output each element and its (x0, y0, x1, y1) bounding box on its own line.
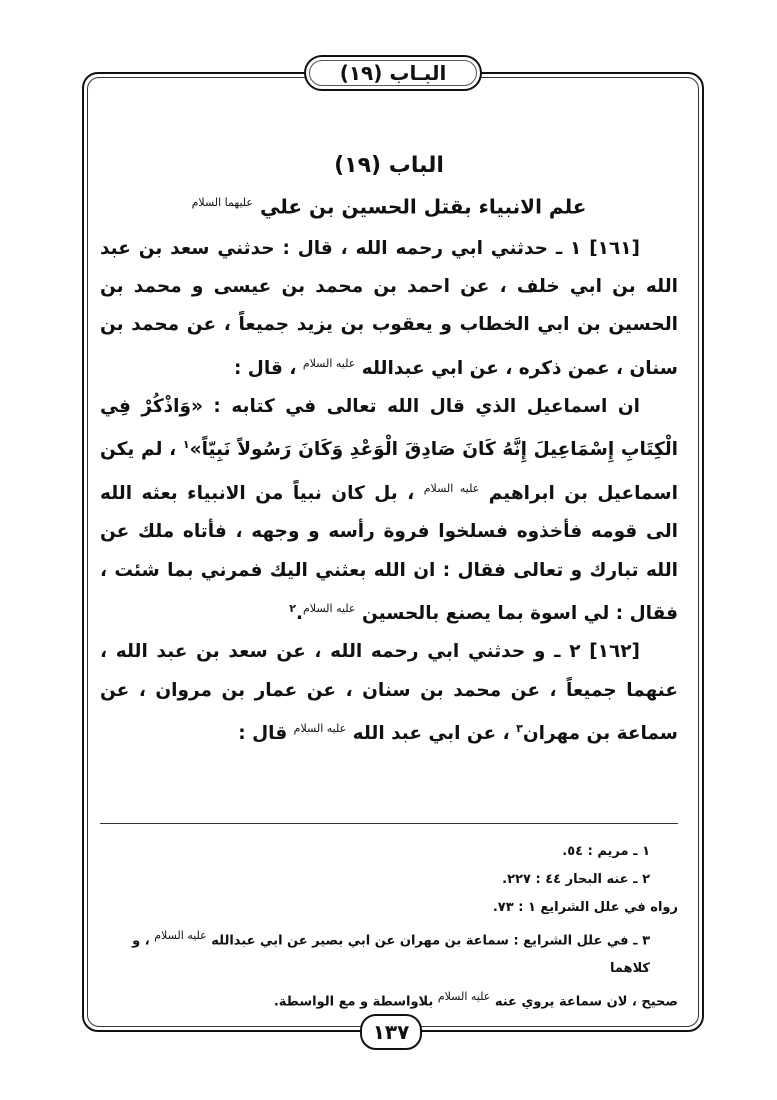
footnote-3-cont: صحيح ، لان سماعة يروي عنه عليه السلام بل… (100, 983, 678, 1016)
hadith-ref: [١٦١] ١ ـ (556, 238, 640, 259)
hadith-text: ان اسماعيل الذي قال الله تعالى في كتابه … (191, 396, 640, 417)
footnote-text: بلاواسطة و مع الواسطة. (274, 995, 433, 1010)
footnote-marker[interactable]: ١ (183, 438, 190, 451)
honorific-icon: عليه السلام (294, 722, 347, 735)
period: . (296, 603, 303, 624)
footnote-1: ١ ـ مريم : ٥٤. (100, 838, 678, 866)
honorific-icon: عليه السلام (154, 929, 207, 942)
hadith-text: قال : (238, 723, 287, 744)
footnotes: ١ ـ مريم : ٥٤. ٢ ـ عنه البحار ٤٤ : ٢٢٧. … (100, 838, 678, 1017)
running-header: البـاب (١٩) (304, 55, 482, 91)
footnote-2: ٢ ـ عنه البحار ٤٤ : ٢٢٧. (100, 866, 678, 894)
honorific-icon: عليهما السلام (192, 196, 253, 209)
hadith-text: ، قال : (234, 358, 296, 379)
running-header-label: البـاب (١٩) (340, 61, 447, 85)
chapter-subtitle: علم الانبياء بقتل الحسين بن علي عليهما ا… (100, 186, 678, 224)
main-text: الباب (١٩) علم الانبياء بقتل الحسين بن ع… (100, 150, 678, 753)
honorific-icon: عليه السلام (424, 482, 480, 495)
chapter-subtitle-text: علم الانبياء بقتل الحسين بن علي (260, 195, 586, 219)
footnote-3: ٣ ـ في علل الشرايع : سماعة بن مهران عن ا… (100, 922, 678, 983)
footnote-marker[interactable]: ٣ (516, 722, 523, 735)
honorific-icon: عليه السلام (303, 357, 356, 370)
hadith-162: [١٦٢] ٢ ـ و حدثني ابي رحمه الله ، عن سعد… (100, 633, 678, 753)
footnote-divider (100, 823, 678, 824)
hadith-text: ، عن ابي عبد الله (353, 723, 510, 744)
honorific-icon: عليه السلام (303, 602, 356, 615)
hadith-161-body: ان اسماعيل الذي قال الله تعالى في كتابه … (100, 388, 678, 633)
honorific-icon: عليه السلام (438, 990, 491, 1003)
page-number: ١٣٧ (360, 1014, 422, 1050)
hadith-text: ، بل كان نبياً من الانبياء بعثه الله الى… (100, 483, 678, 624)
footnote-2-extra: رواه في علل الشرايع ١ : ٧٣. (100, 894, 678, 922)
quote-close: » (190, 439, 202, 460)
footnote-text: ٣ ـ في علل الشرايع : سماعة بن مهران عن ا… (211, 933, 650, 948)
page-number-label: ١٣٧ (373, 1020, 410, 1044)
hadith-161: [١٦١] ١ ـ حدثني ابي رحمه الله ، قال : حد… (100, 230, 678, 388)
hadith-ref: [١٦٢] ٢ ـ (554, 641, 640, 662)
footnote-marker[interactable]: ٢ (289, 602, 296, 615)
footnote-text: صحيح ، لان سماعة يروي عنه (495, 995, 678, 1010)
chapter-title: الباب (١٩) (100, 150, 678, 182)
